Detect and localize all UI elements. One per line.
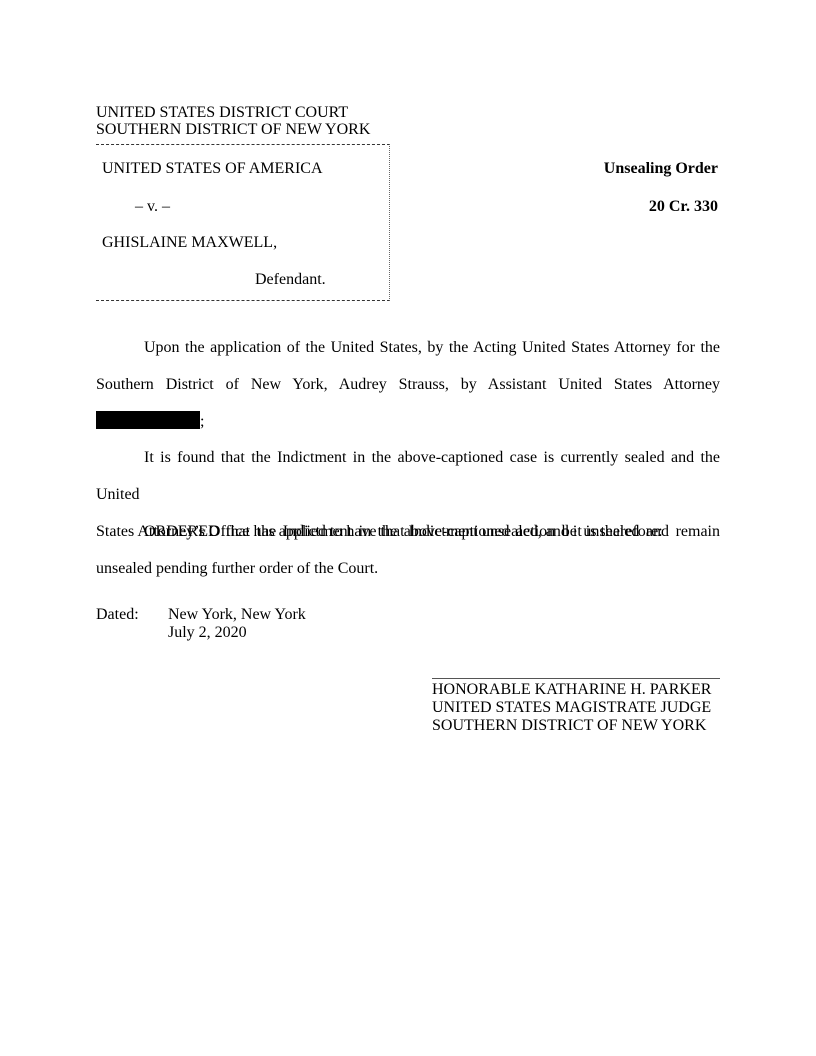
case-number: 20 Cr. 330 <box>649 198 718 216</box>
dated-block: New York, New York July 2, 2020 <box>168 606 306 642</box>
dated-date: July 2, 2020 <box>168 624 306 642</box>
paragraph-line-end: ; <box>200 413 204 430</box>
caption-defendant-name: GHISLAINE MAXWELL, <box>102 234 277 252</box>
signature-line <box>432 678 720 679</box>
caption-plaintiff: UNITED STATES OF AMERICA <box>102 160 323 178</box>
signature-block: HONORABLE KATHARINE H. PARKER UNITED STA… <box>432 681 711 735</box>
document-title: Unsealing Order <box>604 160 718 178</box>
paragraph-line: Southern District of New York, Audrey St… <box>96 366 720 403</box>
caption-versus: – v. – <box>135 198 170 216</box>
court-district: SOUTHERN DISTRICT OF NEW YORK <box>96 121 370 138</box>
paragraph-line: unsealed pending further order of the Co… <box>96 550 720 587</box>
judge-name: HONORABLE KATHARINE H. PARKER <box>432 681 711 699</box>
caption-defendant-label: Defendant. <box>255 271 326 289</box>
redaction-block <box>96 411 200 429</box>
paragraph-application: Upon the application of the United State… <box>96 329 720 440</box>
court-header: UNITED STATES DISTRICT COURT SOUTHERN DI… <box>96 104 370 138</box>
judge-title: UNITED STATES MAGISTRATE JUDGE <box>432 699 711 717</box>
dated-label: Dated: <box>96 606 139 624</box>
paragraph-order: ORDERED that the Indictment in the above… <box>96 513 720 587</box>
paragraph-line: Upon the application of the United State… <box>96 329 720 366</box>
dated-place: New York, New York <box>168 606 306 624</box>
court-name: UNITED STATES DISTRICT COURT <box>96 104 370 121</box>
paragraph-line: ORDERED that the Indictment in the above… <box>96 513 720 550</box>
judge-district: SOUTHERN DISTRICT OF NEW YORK <box>432 717 711 735</box>
paragraph-line: It is found that the Indictment in the a… <box>96 439 720 513</box>
